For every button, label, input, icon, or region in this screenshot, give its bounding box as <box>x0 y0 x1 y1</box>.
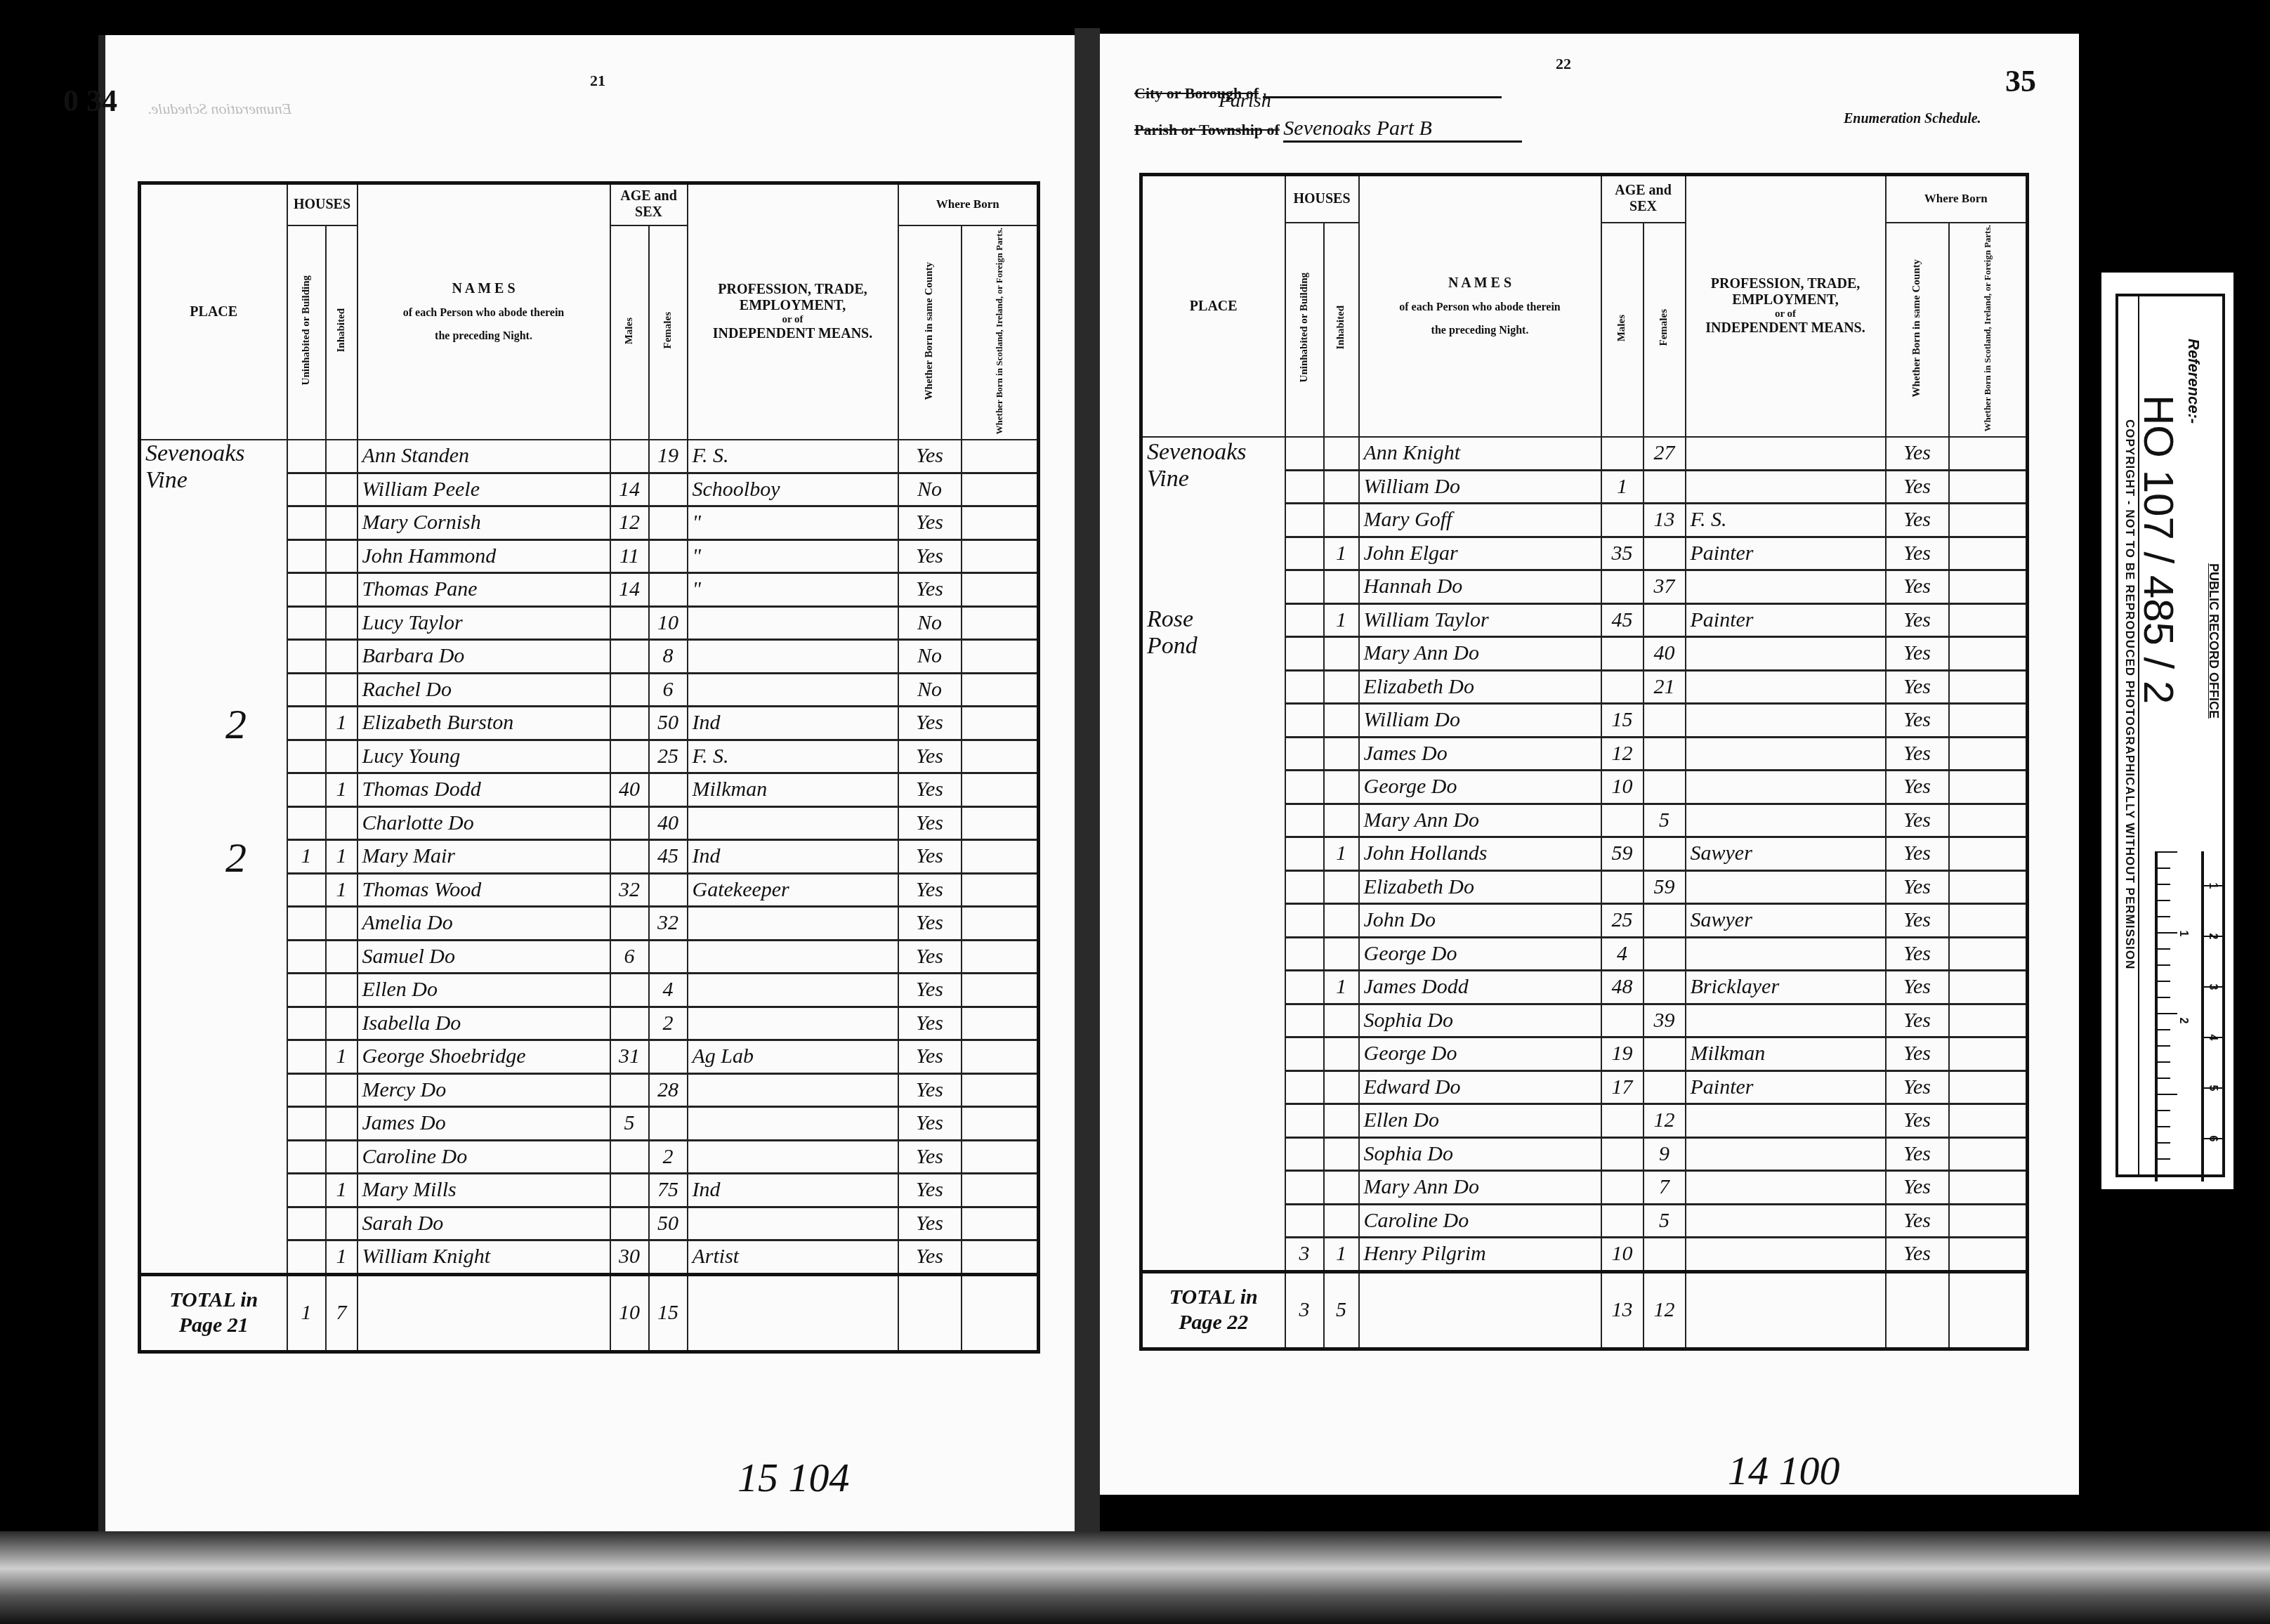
uninhabited-cell <box>1285 603 1324 637</box>
total-uninhabited: 1 <box>287 1274 326 1351</box>
inhabited-cell: 1 <box>326 707 357 740</box>
male-age-cell <box>1601 1104 1644 1138</box>
name-cell: Mary Cornish <box>357 506 610 540</box>
header-profession-2: EMPLOYMENT, <box>1688 292 1884 308</box>
born-foreign-cell <box>1949 603 2028 637</box>
inhabited-cell: 1 <box>326 1240 357 1275</box>
header-where-born: Where Born <box>898 183 1039 225</box>
born-foreign-cell <box>1949 1171 2028 1205</box>
born-foreign-cell <box>962 940 1039 974</box>
schedule-marker: 2 <box>225 700 247 749</box>
uninhabited-cell <box>287 440 326 473</box>
profession-cell: Ind <box>688 840 898 874</box>
copyright-notice: COPYRIGHT - NOT TO BE REPRODUCED PHOTOGR… <box>2123 419 2137 969</box>
born-foreign-cell <box>1949 704 2028 738</box>
born-same-county-cell: No <box>898 673 962 707</box>
born-foreign-cell <box>962 440 1039 473</box>
born-foreign-cell <box>962 1040 1039 1074</box>
born-foreign-cell <box>962 1107 1039 1141</box>
born-foreign-cell <box>1949 1137 2028 1171</box>
born-same-county-cell: Yes <box>898 1240 962 1275</box>
header-houses: HOUSES <box>287 183 357 225</box>
uninhabited-cell <box>1285 804 1324 837</box>
header-females: Females <box>649 225 688 440</box>
male-age-cell <box>610 1174 649 1207</box>
header-profession-2: EMPLOYMENT, <box>690 298 896 314</box>
profession-cell: " <box>688 573 898 607</box>
header-uninhabited: Uninhabited or Building <box>1285 223 1324 438</box>
inhabited-cell <box>1324 937 1359 971</box>
ruler-tick <box>2158 916 2170 917</box>
profession-cell: F. S. <box>1686 504 1886 537</box>
profession-cell: F. S. <box>688 740 898 773</box>
born-foreign-cell <box>1949 904 2028 938</box>
bleed-through-text: Enumeration Schedule. <box>147 100 291 118</box>
uninhabited-cell <box>287 573 326 607</box>
reference-card-border: Reference:- HO 107 / 485 / 2 PUBLIC RECO… <box>2115 294 2225 1177</box>
inhabited-cell <box>1324 870 1359 904</box>
inhabited-cell <box>1324 470 1359 504</box>
born-same-county-cell: No <box>898 473 962 506</box>
uninhabited-cell <box>287 940 326 974</box>
name-cell: John Elgar <box>1359 537 1601 570</box>
ruler-inch-label: 2 <box>2177 1018 2189 1024</box>
born-same-county-cell: Yes <box>1886 570 1949 604</box>
census-rows-page-21: SevenoaksVine22Ann Standen19F. S.YesWill… <box>140 440 1039 1351</box>
male-age-cell <box>610 1007 649 1040</box>
born-foreign-cell <box>962 974 1039 1007</box>
header-houses: HOUSES <box>1285 175 1359 223</box>
name-cell: Barbara Do <box>357 640 610 674</box>
born-same-county-cell: Yes <box>1886 637 1949 671</box>
name-cell: Sophia Do <box>1359 1137 1601 1171</box>
born-foreign-cell <box>1949 637 2028 671</box>
name-cell: Isabella Do <box>357 1007 610 1040</box>
total-males: 10 <box>610 1274 649 1351</box>
name-cell: James Do <box>1359 737 1601 771</box>
ruler-tick <box>2158 1126 2170 1127</box>
female-age-cell: 8 <box>649 640 688 674</box>
female-age-cell: 45 <box>649 840 688 874</box>
uninhabited-cell: 1 <box>287 840 326 874</box>
male-age-cell <box>610 707 649 740</box>
name-cell: George Do <box>1359 771 1601 804</box>
profession-cell: F. S. <box>688 440 898 473</box>
ruler-tick <box>2158 1142 2170 1144</box>
parish-value: Sevenoaks Part B <box>1283 117 1522 143</box>
ruler-tick <box>2158 1013 2177 1014</box>
male-age-cell <box>1601 870 1644 904</box>
uninhabited-cell <box>1285 870 1324 904</box>
uninhabited-cell <box>287 1107 326 1141</box>
uninhabited-cell <box>1285 1204 1324 1238</box>
profession-cell <box>1686 1004 1886 1037</box>
name-cell: Henry Pilgrim <box>1359 1238 1601 1272</box>
total-foreign-blank <box>962 1274 1039 1351</box>
inhabited-cell <box>1324 1171 1359 1205</box>
born-same-county-cell: Yes <box>1886 870 1949 904</box>
name-cell: Caroline Do <box>1359 1204 1601 1238</box>
born-foreign-cell <box>1949 771 2028 804</box>
header-inhabited: Inhabited <box>326 225 357 440</box>
male-age-cell: 12 <box>1601 737 1644 771</box>
name-cell: Thomas Pane <box>357 573 610 607</box>
uninhabited-cell <box>1285 1171 1324 1205</box>
born-foreign-cell <box>1949 1037 2028 1071</box>
male-age-cell <box>1601 570 1644 604</box>
uninhabited-cell <box>1285 437 1324 470</box>
ruler-tick <box>2158 997 2170 998</box>
male-age-cell: 35 <box>1601 537 1644 570</box>
born-foreign-cell <box>962 539 1039 573</box>
profession-cell: Ind <box>688 707 898 740</box>
born-foreign-cell <box>962 740 1039 773</box>
uninhabited-cell <box>287 1007 326 1040</box>
male-age-cell <box>610 740 649 773</box>
total-names-blank <box>1359 1271 1601 1349</box>
profession-cell: Gatekeeper <box>688 873 898 907</box>
header-scotland-ireland: Whether Born in Scotland, Ireland, or Fo… <box>1949 223 2028 438</box>
male-age-cell <box>610 1207 649 1240</box>
uninhabited-cell <box>287 539 326 573</box>
ruler-tick <box>2158 1029 2170 1030</box>
header-profession-3: or of <box>690 314 896 326</box>
born-foreign-cell <box>962 1174 1039 1207</box>
header-age-sex: AGE and SEX <box>610 183 688 225</box>
uninhabited-cell <box>287 707 326 740</box>
uninhabited-cell <box>287 673 326 707</box>
male-age-cell <box>1601 504 1644 537</box>
born-foreign-cell <box>962 707 1039 740</box>
male-age-cell: 12 <box>610 506 649 540</box>
name-cell: James Do <box>357 1107 610 1141</box>
profession-cell <box>1686 937 1886 971</box>
name-cell: Mary Ann Do <box>1359 637 1601 671</box>
total-label: TOTAL inPage 22 <box>1141 1271 1285 1349</box>
male-age-cell: 10 <box>1601 1238 1644 1272</box>
place-entry: RosePond <box>1147 606 1198 660</box>
table-row: SevenoaksVine22Ann Standen19F. S.Yes <box>140 440 1039 473</box>
name-cell: George Do <box>1359 1037 1601 1071</box>
born-foreign-cell <box>1949 1004 2028 1037</box>
folio-stamp-right: 35 <box>2005 63 2036 99</box>
female-age-cell <box>1644 704 1686 738</box>
name-cell: William Taylor <box>1359 603 1601 637</box>
uninhabited-cell <box>1285 971 1324 1004</box>
ruler-tick <box>2158 867 2170 869</box>
born-same-county-cell: Yes <box>1886 737 1949 771</box>
uninhabited-cell <box>1285 771 1324 804</box>
profession-cell <box>1686 1137 1886 1171</box>
born-foreign-cell <box>962 840 1039 874</box>
male-age-cell <box>610 640 649 674</box>
female-age-cell: 6 <box>649 673 688 707</box>
city-borough-line: City or Borough of <box>1134 84 1502 103</box>
born-foreign-cell <box>1949 437 2028 470</box>
female-age-cell: 10 <box>649 606 688 640</box>
born-foreign-cell <box>1949 570 2028 604</box>
total-females: 12 <box>1644 1271 1686 1349</box>
born-same-county-cell: Yes <box>1886 1070 1949 1104</box>
name-cell: John Hammond <box>357 539 610 573</box>
male-age-cell <box>610 440 649 473</box>
male-age-cell <box>1601 637 1644 671</box>
female-age-cell <box>649 1240 688 1275</box>
profession-cell <box>1686 1238 1886 1272</box>
born-same-county-cell: Yes <box>1886 1171 1949 1205</box>
uninhabited-cell <box>287 1073 326 1107</box>
place-column: SevenoaksVine22 <box>140 440 287 1274</box>
ruler-tick <box>2158 900 2170 901</box>
born-same-county-cell: Yes <box>1886 1037 1949 1071</box>
inhabited-cell <box>326 440 357 473</box>
name-cell: Ellen Do <box>1359 1104 1601 1138</box>
header-males: Males <box>1601 223 1644 438</box>
profession-cell <box>688 974 898 1007</box>
born-same-county-cell: Yes <box>898 1107 962 1141</box>
born-foreign-cell <box>1949 1070 2028 1104</box>
uninhabited-cell <box>1285 904 1324 938</box>
city-borough-value <box>1263 96 1502 98</box>
profession-cell: Milkman <box>1686 1037 1886 1071</box>
page-number-22: 22 <box>1556 55 1571 73</box>
scanner-edge <box>0 1531 2270 1624</box>
header-profession-4: INDEPENDENT MEANS. <box>690 326 896 342</box>
profession-cell <box>688 1207 898 1240</box>
inhabited-cell <box>326 1007 357 1040</box>
inhabited-cell <box>1324 1137 1359 1171</box>
uninhabited-cell <box>287 606 326 640</box>
profession-cell: Sawyer <box>1686 837 1886 871</box>
uninhabited-cell <box>287 907 326 941</box>
born-foreign-cell <box>1949 1204 2028 1238</box>
born-foreign-cell <box>1949 837 2028 871</box>
male-age-cell: 15 <box>1601 704 1644 738</box>
uninhabited-cell <box>287 773 326 807</box>
male-age-cell <box>610 907 649 941</box>
born-same-county-cell: Yes <box>1886 971 1949 1004</box>
header-profession: PROFESSION, TRADE, EMPLOYMENT, or of IND… <box>688 183 898 440</box>
profession-cell <box>688 907 898 941</box>
inhabited-cell <box>326 606 357 640</box>
census-table-page-22: PLACE HOUSES N A M E S of each Person wh… <box>1139 173 2029 1351</box>
total-born-blank <box>1886 1271 1949 1349</box>
inhabited-cell <box>1324 504 1359 537</box>
born-foreign-cell <box>962 573 1039 607</box>
inhabited-cell <box>326 473 357 506</box>
female-age-cell: 2 <box>649 1007 688 1040</box>
born-foreign-cell <box>1949 870 2028 904</box>
inhabited-cell <box>326 907 357 941</box>
name-cell: Mary Ann Do <box>1359 1171 1601 1205</box>
female-age-cell <box>649 1040 688 1074</box>
born-same-county-cell: Yes <box>1886 670 1949 704</box>
uninhabited-cell <box>1285 937 1324 971</box>
female-age-cell: 27 <box>1644 437 1686 470</box>
male-age-cell <box>1601 1204 1644 1238</box>
name-cell: Elizabeth Do <box>1359 870 1601 904</box>
born-same-county-cell: Yes <box>898 873 962 907</box>
female-age-cell: 5 <box>1644 804 1686 837</box>
inhabited-cell: 1 <box>1324 537 1359 570</box>
born-same-county-cell: Yes <box>1886 1004 1949 1037</box>
inhabited-cell <box>1324 1037 1359 1071</box>
female-age-cell: 40 <box>649 806 688 840</box>
male-age-cell: 59 <box>1601 837 1644 871</box>
inhabited-cell <box>326 673 357 707</box>
female-age-cell: 21 <box>1644 670 1686 704</box>
born-same-county-cell: Yes <box>898 806 962 840</box>
uninhabited-cell <box>1285 737 1324 771</box>
name-cell: Elizabeth Burston <box>357 707 610 740</box>
born-same-county-cell: Yes <box>1886 704 1949 738</box>
inhabited-cell <box>326 1140 357 1174</box>
book-gutter <box>1075 28 1100 1559</box>
profession-cell <box>688 673 898 707</box>
uninhabited-cell <box>287 873 326 907</box>
ruler-tick <box>2158 884 2170 885</box>
male-age-cell: 6 <box>610 940 649 974</box>
born-same-county-cell: Yes <box>1886 470 1949 504</box>
uninhabited-cell <box>287 1240 326 1275</box>
census-table-page-21: PLACE HOUSES N A M E S of each Person wh… <box>138 181 1040 1354</box>
female-age-cell <box>1644 603 1686 637</box>
inhabited-cell: 1 <box>326 873 357 907</box>
female-age-cell <box>1644 1070 1686 1104</box>
female-age-cell <box>1644 904 1686 938</box>
male-age-cell: 25 <box>1601 904 1644 938</box>
name-cell: Ellen Do <box>357 974 610 1007</box>
parish-label: Parish or Township of <box>1134 121 1280 138</box>
profession-cell <box>688 1073 898 1107</box>
uninhabited-cell <box>1285 670 1324 704</box>
measurement-ruler: 12345612 <box>2155 851 2225 1181</box>
inhabited-cell <box>1324 670 1359 704</box>
born-foreign-cell <box>1949 504 2028 537</box>
profession-cell <box>1686 1204 1886 1238</box>
profession-cell: Sawyer <box>1686 904 1886 938</box>
male-age-cell <box>1601 1137 1644 1171</box>
born-foreign-cell <box>1949 670 2028 704</box>
male-age-cell: 5 <box>610 1107 649 1141</box>
header-males: Males <box>610 225 649 440</box>
inhabited-cell <box>1324 1204 1359 1238</box>
uninhabited-cell <box>287 806 326 840</box>
total-names-blank <box>357 1274 610 1351</box>
header-females: Females <box>1644 223 1686 438</box>
uninhabited-cell <box>287 473 326 506</box>
header-same-county: Whether Born in same County <box>1886 223 1949 438</box>
male-age-cell <box>610 606 649 640</box>
born-same-county-cell: Yes <box>898 974 962 1007</box>
uninhabited-cell <box>1285 570 1324 604</box>
male-age-cell: 1 <box>1601 470 1644 504</box>
male-age-cell: 4 <box>1601 937 1644 971</box>
female-age-cell: 12 <box>1644 1104 1686 1138</box>
header-profession-1: PROFESSION, TRADE, <box>1688 276 1884 292</box>
ruler-tick <box>2158 932 2177 934</box>
born-same-county-cell: Yes <box>1886 1104 1949 1138</box>
inhabited-cell <box>1324 704 1359 738</box>
born-same-county-cell: Yes <box>898 1073 962 1107</box>
born-same-county-cell: Yes <box>898 573 962 607</box>
ruler-tick <box>2158 1045 2170 1047</box>
parish-inserted: Parish <box>1219 90 1271 112</box>
reference-card: Reference:- HO 107 / 485 / 2 PUBLIC RECO… <box>2101 273 2233 1189</box>
born-same-county-cell: Yes <box>898 907 962 941</box>
name-cell: William Knight <box>357 1240 610 1275</box>
female-age-cell: 7 <box>1644 1171 1686 1205</box>
male-age-cell: 11 <box>610 539 649 573</box>
place-entry: SevenoaksVine <box>1147 439 1247 492</box>
male-age-cell: 14 <box>610 473 649 506</box>
header-profession: PROFESSION, TRADE, EMPLOYMENT, or of IND… <box>1686 175 1886 438</box>
name-cell: John Hollands <box>1359 837 1601 871</box>
ruler-tick <box>2158 1094 2177 1095</box>
total-foreign-blank <box>1949 1271 2028 1349</box>
male-age-cell: 40 <box>610 773 649 807</box>
name-cell: Mary Goff <box>1359 504 1601 537</box>
born-same-county-cell: Yes <box>898 1140 962 1174</box>
ruler-tick <box>2158 964 2170 966</box>
name-cell: Sophia Do <box>1359 1004 1601 1037</box>
ruler-tick <box>2158 851 2177 853</box>
inhabited-cell <box>1324 1070 1359 1104</box>
born-same-county-cell: Yes <box>898 1040 962 1074</box>
inhabited-cell <box>326 974 357 1007</box>
name-cell: Thomas Dodd <box>357 773 610 807</box>
female-age-cell <box>1644 1037 1686 1071</box>
female-age-cell: 32 <box>649 907 688 941</box>
ruler-tick <box>2158 1110 2170 1111</box>
uninhabited-cell <box>287 1040 326 1074</box>
profession-cell <box>1686 737 1886 771</box>
reference-label: Reference:- <box>2184 339 2203 424</box>
female-age-cell <box>649 1107 688 1141</box>
name-cell: George Shoebridge <box>357 1040 610 1074</box>
profession-cell: Ind <box>688 1174 898 1207</box>
total-inhabited: 7 <box>326 1274 357 1351</box>
profession-cell: Painter <box>1686 603 1886 637</box>
enumeration-schedule-label: Enumeration Schedule. <box>1844 111 1981 127</box>
born-same-county-cell: Yes <box>1886 1238 1949 1272</box>
uninhabited-cell <box>1285 504 1324 537</box>
profession-cell: Bricklayer <box>1686 971 1886 1004</box>
profession-cell: Milkman <box>688 773 898 807</box>
inhabited-cell <box>326 506 357 540</box>
male-age-cell <box>1601 1004 1644 1037</box>
profession-cell <box>688 940 898 974</box>
male-age-cell <box>1601 437 1644 470</box>
name-cell: Mary Ann Do <box>1359 804 1601 837</box>
female-age-cell: 59 <box>1644 870 1686 904</box>
profession-cell: Ag Lab <box>688 1040 898 1074</box>
uninhabited-cell <box>1285 837 1324 871</box>
name-cell: Ann Standen <box>357 440 610 473</box>
total-profession-blank <box>688 1274 898 1351</box>
name-cell: Mary Mills <box>357 1174 610 1207</box>
folio-stamp-left: 0 34 <box>63 83 117 119</box>
uninhabited-cell <box>1285 537 1324 570</box>
female-age-cell <box>1644 971 1686 1004</box>
total-row: TOTAL inPage 21171015 <box>140 1274 1039 1351</box>
born-foreign-cell <box>962 1207 1039 1240</box>
female-age-cell <box>1644 470 1686 504</box>
profession-cell <box>1686 870 1886 904</box>
born-same-county-cell: Yes <box>898 506 962 540</box>
female-age-cell <box>1644 837 1686 871</box>
female-age-cell <box>1644 771 1686 804</box>
